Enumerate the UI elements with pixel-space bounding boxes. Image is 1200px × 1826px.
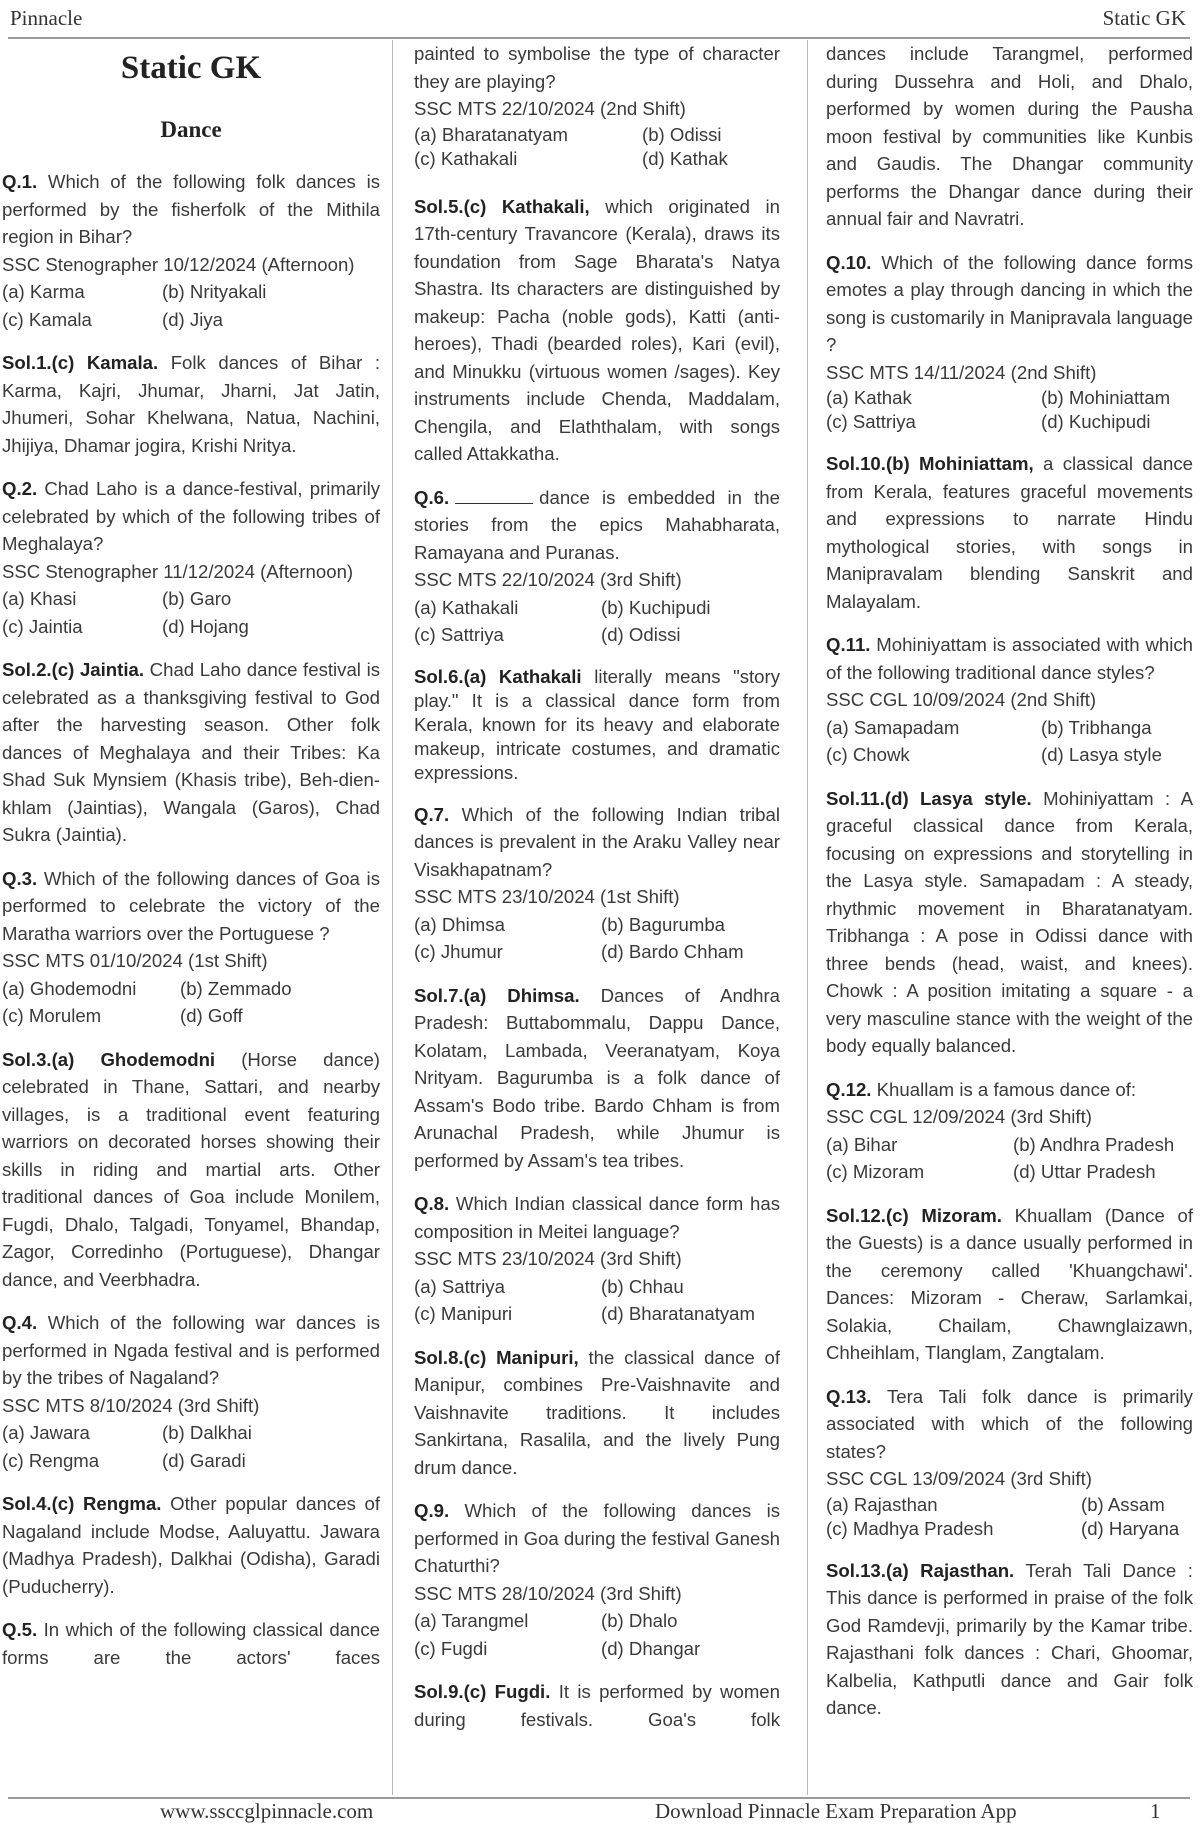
solution-label: Sol.12.(c) Mizoram. bbox=[826, 1205, 1002, 1226]
solution-label: Sol.7.(a) Dhimsa. bbox=[414, 985, 580, 1006]
option-b: (b) Kuchipudi bbox=[601, 594, 780, 622]
page-title: Static GK bbox=[2, 46, 380, 90]
column-left: Static GK Dance Q.1. Which of the follow… bbox=[2, 40, 380, 1671]
solution-label: Sol.8.(c) Manipuri, bbox=[414, 1347, 579, 1368]
option-b: (b) Zemmado bbox=[180, 975, 380, 1003]
question-text: Mohiniyattam is associated with which of… bbox=[826, 634, 1193, 683]
question-text: Which of the following folk dances is pe… bbox=[2, 171, 380, 247]
solution-label: Sol.4.(c) Rengma. bbox=[2, 1493, 161, 1514]
option-c: (c) Jaintia bbox=[2, 613, 162, 641]
exam-source: SSC MTS 28/10/2024 (3rd Shift) bbox=[414, 1580, 780, 1608]
header-divider bbox=[8, 37, 1190, 39]
option-c: (c) Fugdi bbox=[414, 1635, 601, 1663]
page-number: 1 bbox=[1150, 1799, 1161, 1824]
option-d: (d) Hojang bbox=[162, 613, 380, 641]
question-8: Q.8. Which Indian classical dance form h… bbox=[414, 1190, 780, 1481]
question-5-start: Q.5. In which of the following classical… bbox=[2, 1616, 380, 1671]
solution-label: Sol.1.(c) Kamala. bbox=[2, 352, 158, 373]
question-label: Q.1. bbox=[2, 171, 37, 192]
option-a: (a) Samapadam bbox=[826, 714, 1041, 742]
option-c: (c) Jhumur bbox=[414, 938, 601, 966]
exam-source: SSC Stenographer 11/12/2024 (Afternoon) bbox=[2, 558, 380, 586]
question-text: Tera Tali folk dance is primarily associ… bbox=[826, 1386, 1193, 1462]
option-c: (c) Mizoram bbox=[826, 1158, 1013, 1186]
option-d: (d) Uttar Pradesh bbox=[1013, 1158, 1193, 1186]
question-label: Q.8. bbox=[414, 1193, 449, 1214]
option-a: (a) Tarangmel bbox=[414, 1607, 601, 1635]
option-d: (d) Kuchipudi bbox=[1041, 410, 1193, 434]
footer-app-promo: Download Pinnacle Exam Preparation App bbox=[655, 1799, 1017, 1824]
option-a: (a) Dhimsa bbox=[414, 911, 601, 939]
question-label: Q.11. bbox=[826, 634, 870, 655]
option-b: (b) Nrityakali bbox=[162, 278, 380, 306]
header-section-title: Static GK bbox=[1103, 6, 1186, 31]
solution-text: Terah Tali Dance : This dance is perform… bbox=[826, 1560, 1193, 1719]
solution-text: Mohiniyattam : A graceful classical danc… bbox=[826, 788, 1193, 1057]
option-b: (b) Chhau bbox=[601, 1273, 780, 1301]
question-9: Q.9. Which of the following dances is pe… bbox=[414, 1497, 780, 1733]
question-label: Q.6. bbox=[414, 487, 449, 508]
option-a: (a) Ghodemodni bbox=[2, 975, 180, 1003]
option-d: (d) Bardo Chham bbox=[601, 938, 780, 966]
question-text: Chad Laho is a dance-festival, primarily… bbox=[2, 478, 380, 554]
solution-text: Khuallam (Dance of the Guests) is a danc… bbox=[826, 1205, 1193, 1364]
option-c: (c) Sattriya bbox=[826, 410, 1041, 434]
question-13: Q.13. Tera Tali folk dance is primarily … bbox=[826, 1383, 1193, 1722]
question-12: Q.12. Khuallam is a famous dance of: SSC… bbox=[826, 1076, 1193, 1367]
column-divider-2 bbox=[807, 40, 808, 1795]
exam-source: SSC Stenographer 10/12/2024 (Afternoon) bbox=[2, 251, 380, 279]
option-c: (c) Morulem bbox=[2, 1002, 180, 1030]
question-7: Q.7. Which of the following Indian triba… bbox=[414, 801, 780, 1175]
solution-label: Sol.9.(c) Fugdi. bbox=[414, 1681, 550, 1702]
option-a: (a) Kathak bbox=[826, 386, 1041, 410]
option-a: (a) Bharatanatyam bbox=[414, 123, 642, 147]
option-b: (b) Mohiniattam bbox=[1041, 386, 1193, 410]
column-right: dances include Tarangmel, performed duri… bbox=[826, 40, 1193, 1738]
exam-source: SSC CGL 12/09/2024 (3rd Shift) bbox=[826, 1103, 1193, 1131]
option-c: (c) Chowk bbox=[826, 741, 1041, 769]
question-label: Q.9. bbox=[414, 1500, 449, 1521]
question-label: Q.12. bbox=[826, 1079, 871, 1100]
question-label: Q.10. bbox=[826, 252, 871, 273]
option-d: (d) Goff bbox=[180, 1002, 380, 1030]
question-label: Q.2. bbox=[2, 478, 37, 499]
question-label: Q.3. bbox=[2, 868, 37, 889]
option-b: (b) Tribhanga bbox=[1041, 714, 1193, 742]
option-a: (a) Karma bbox=[2, 278, 162, 306]
question-1: Q.1. Which of the following folk dances … bbox=[2, 168, 380, 459]
option-d: (d) Jiya bbox=[162, 306, 380, 334]
question-label: Q.7. bbox=[414, 804, 449, 825]
question-4: Q.4. Which of the following war dances i… bbox=[2, 1309, 380, 1600]
question-text: Which of the following war dances is per… bbox=[2, 1312, 380, 1388]
option-c: (c) Madhya Pradesh bbox=[826, 1517, 1081, 1541]
option-a: (a) Rajasthan bbox=[826, 1493, 1081, 1517]
option-d: (d) Odissi bbox=[601, 621, 780, 649]
solution-label: Sol.13.(a) Rajasthan. bbox=[826, 1560, 1014, 1581]
column-divider-1 bbox=[392, 40, 393, 1795]
solution-label: Sol.2.(c) Jaintia. bbox=[2, 659, 144, 680]
question-text: Khuallam is a famous dance of: bbox=[877, 1079, 1136, 1100]
option-d: (d) Lasya style bbox=[1041, 741, 1193, 769]
question-text: In which of the following classical danc… bbox=[2, 1619, 380, 1668]
fill-in-blank bbox=[455, 503, 533, 504]
column-middle: painted to symbolise the type of charact… bbox=[414, 40, 780, 1749]
exam-source: SSC CGL 10/09/2024 (2nd Shift) bbox=[826, 686, 1193, 714]
option-c: (c) Rengma bbox=[2, 1447, 162, 1475]
solution-text: which originated in 17th-century Travanc… bbox=[414, 196, 780, 465]
solution-label: Sol.5.(c) Kathakali, bbox=[414, 196, 590, 217]
question-label: Q.13. bbox=[826, 1386, 871, 1407]
solution-label: Sol.3.(a) Ghodemodni bbox=[2, 1049, 215, 1070]
footer-website-link[interactable]: www.ssccglpinnacle.com bbox=[160, 1799, 373, 1824]
option-b: (b) Dalkhai bbox=[162, 1419, 380, 1447]
option-b: (b) Garo bbox=[162, 585, 380, 613]
option-a: (a) Sattriya bbox=[414, 1273, 601, 1301]
option-b: (b) Bagurumba bbox=[601, 911, 780, 939]
option-b: (b) Dhalo bbox=[601, 1607, 780, 1635]
exam-source: SSC MTS 22/10/2024 (2nd Shift) bbox=[414, 95, 780, 123]
exam-source: SSC MTS 23/10/2024 (3rd Shift) bbox=[414, 1245, 780, 1273]
exam-source: SSC MTS 01/10/2024 (1st Shift) bbox=[2, 947, 380, 975]
question-text: Which of the following dances of Goa is … bbox=[2, 868, 380, 944]
exam-source: SSC CGL 13/09/2024 (3rd Shift) bbox=[826, 1465, 1193, 1493]
option-d: (d) Dhangar bbox=[601, 1635, 780, 1663]
header-brand: Pinnacle bbox=[10, 6, 82, 31]
question-10: Q.10. Which of the following dance forms… bbox=[826, 249, 1193, 616]
exam-source: SSC MTS 14/11/2024 (2nd Shift) bbox=[826, 359, 1193, 387]
option-d: (d) Bharatanatyam bbox=[601, 1300, 780, 1328]
question-text: Which of the following dances is perform… bbox=[414, 1500, 780, 1576]
solution-text: (Horse dance) celebrated in Thane, Satta… bbox=[2, 1049, 380, 1290]
option-a: (a) Khasi bbox=[2, 585, 162, 613]
option-c: (c) Kathakali bbox=[414, 147, 642, 171]
question-5-cont: painted to symbolise the type of charact… bbox=[414, 40, 780, 468]
option-b: (b) Assam bbox=[1081, 1493, 1193, 1517]
option-c: (c) Sattriya bbox=[414, 621, 601, 649]
question-text: dance is embedded in the stories from th… bbox=[414, 487, 780, 563]
solution-9-cont: dances include Tarangmel, performed duri… bbox=[826, 40, 1193, 233]
option-c: (c) Manipuri bbox=[414, 1300, 601, 1328]
question-text: Which of the following dance forms emote… bbox=[826, 252, 1193, 356]
exam-source: SSC MTS 23/10/2024 (1st Shift) bbox=[414, 883, 780, 911]
question-text: Which of the following Indian tribal dan… bbox=[414, 804, 780, 880]
question-3: Q.3. Which of the following dances of Go… bbox=[2, 865, 380, 1294]
solution-text: Chad Laho dance festival is celebrated a… bbox=[2, 659, 380, 845]
option-a: (a) Jawara bbox=[2, 1419, 162, 1447]
option-d: (d) Haryana bbox=[1081, 1517, 1193, 1541]
question-6: Q.6.dance is embedded in the stories fro… bbox=[414, 484, 780, 785]
exam-source: SSC MTS 8/10/2024 (3rd Shift) bbox=[2, 1392, 380, 1420]
solution-text: a classical dance from Kerala, features … bbox=[826, 453, 1193, 612]
exam-source: SSC MTS 22/10/2024 (3rd Shift) bbox=[414, 566, 780, 594]
option-b: (b) Andhra Pradesh bbox=[1013, 1131, 1193, 1159]
question-11: Q.11. Mohiniyattam is associated with wh… bbox=[826, 631, 1193, 1060]
option-b: (b) Odissi bbox=[642, 123, 780, 147]
option-d: (d) Kathak bbox=[642, 147, 780, 171]
solution-label: Sol.11.(d) Lasya style. bbox=[826, 788, 1032, 809]
option-a: (a) Bihar bbox=[826, 1131, 1013, 1159]
question-text: Which Indian classical dance form has co… bbox=[414, 1193, 780, 1242]
solution-label: Sol.10.(b) Mohiniattam, bbox=[826, 453, 1034, 474]
question-label: Q.4. bbox=[2, 1312, 37, 1333]
question-label: Q.5. bbox=[2, 1619, 37, 1640]
option-d: (d) Garadi bbox=[162, 1447, 380, 1475]
option-c: (c) Kamala bbox=[2, 306, 162, 334]
section-title: Dance bbox=[2, 114, 380, 146]
solution-text: Dances of Andhra Pradesh: Buttabommalu, … bbox=[414, 985, 780, 1171]
solution-label: Sol.6.(a) Kathakali bbox=[414, 666, 582, 687]
solution-text: dances include Tarangmel, performed duri… bbox=[826, 43, 1193, 229]
question-text: painted to symbolise the type of charact… bbox=[414, 43, 780, 92]
question-2: Q.2. Chad Laho is a dance-festival, prim… bbox=[2, 475, 380, 849]
option-a: (a) Kathakali bbox=[414, 594, 601, 622]
